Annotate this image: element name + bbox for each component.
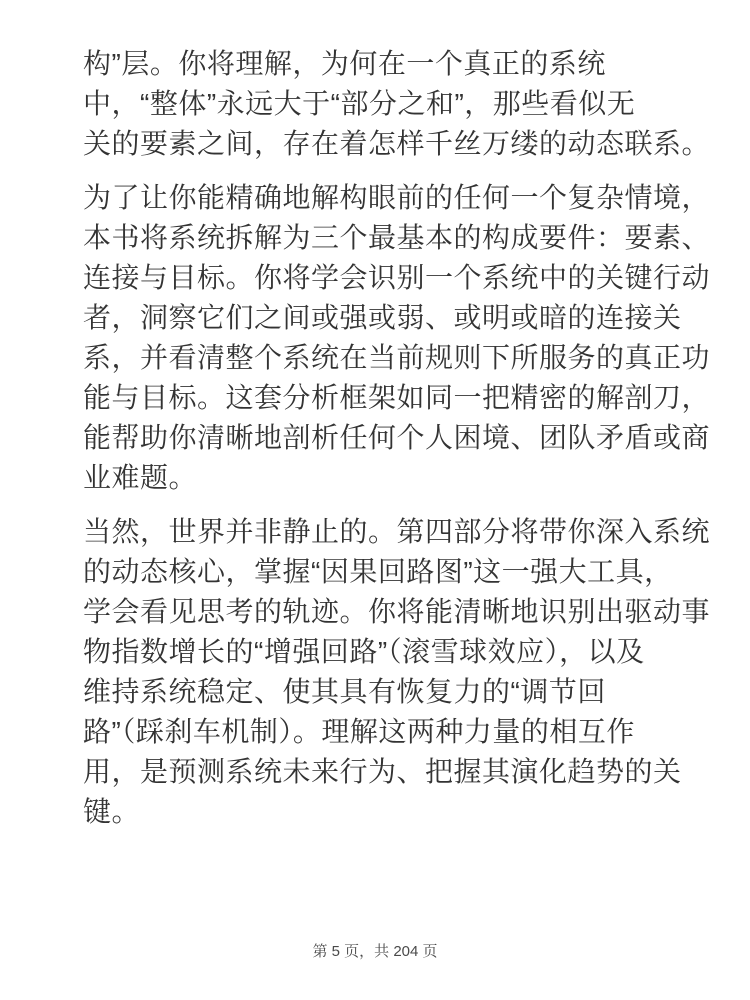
page-number-footer: 第 5 页，共 204 页 bbox=[0, 942, 750, 962]
paragraph-3: 当然，世界并非静止的。第四部分将带你深入系统 的动态核心，掌握“因果回路图”这一… bbox=[83, 512, 728, 832]
page-text-body: 构”层。你将理解，为何在一个真正的系统 中，“整体”永远大于“部分之和”，那些看… bbox=[83, 44, 728, 832]
document-page: 构”层。你将理解，为何在一个真正的系统 中，“整体”永远大于“部分之和”，那些看… bbox=[0, 0, 750, 1000]
paragraph-1: 构”层。你将理解，为何在一个真正的系统 中，“整体”永远大于“部分之和”，那些看… bbox=[83, 44, 728, 164]
paragraph-2: 为了让你能精确地解构眼前的任何一个复杂情境， 本书将系统拆解为三个最基本的构成要… bbox=[83, 178, 728, 498]
